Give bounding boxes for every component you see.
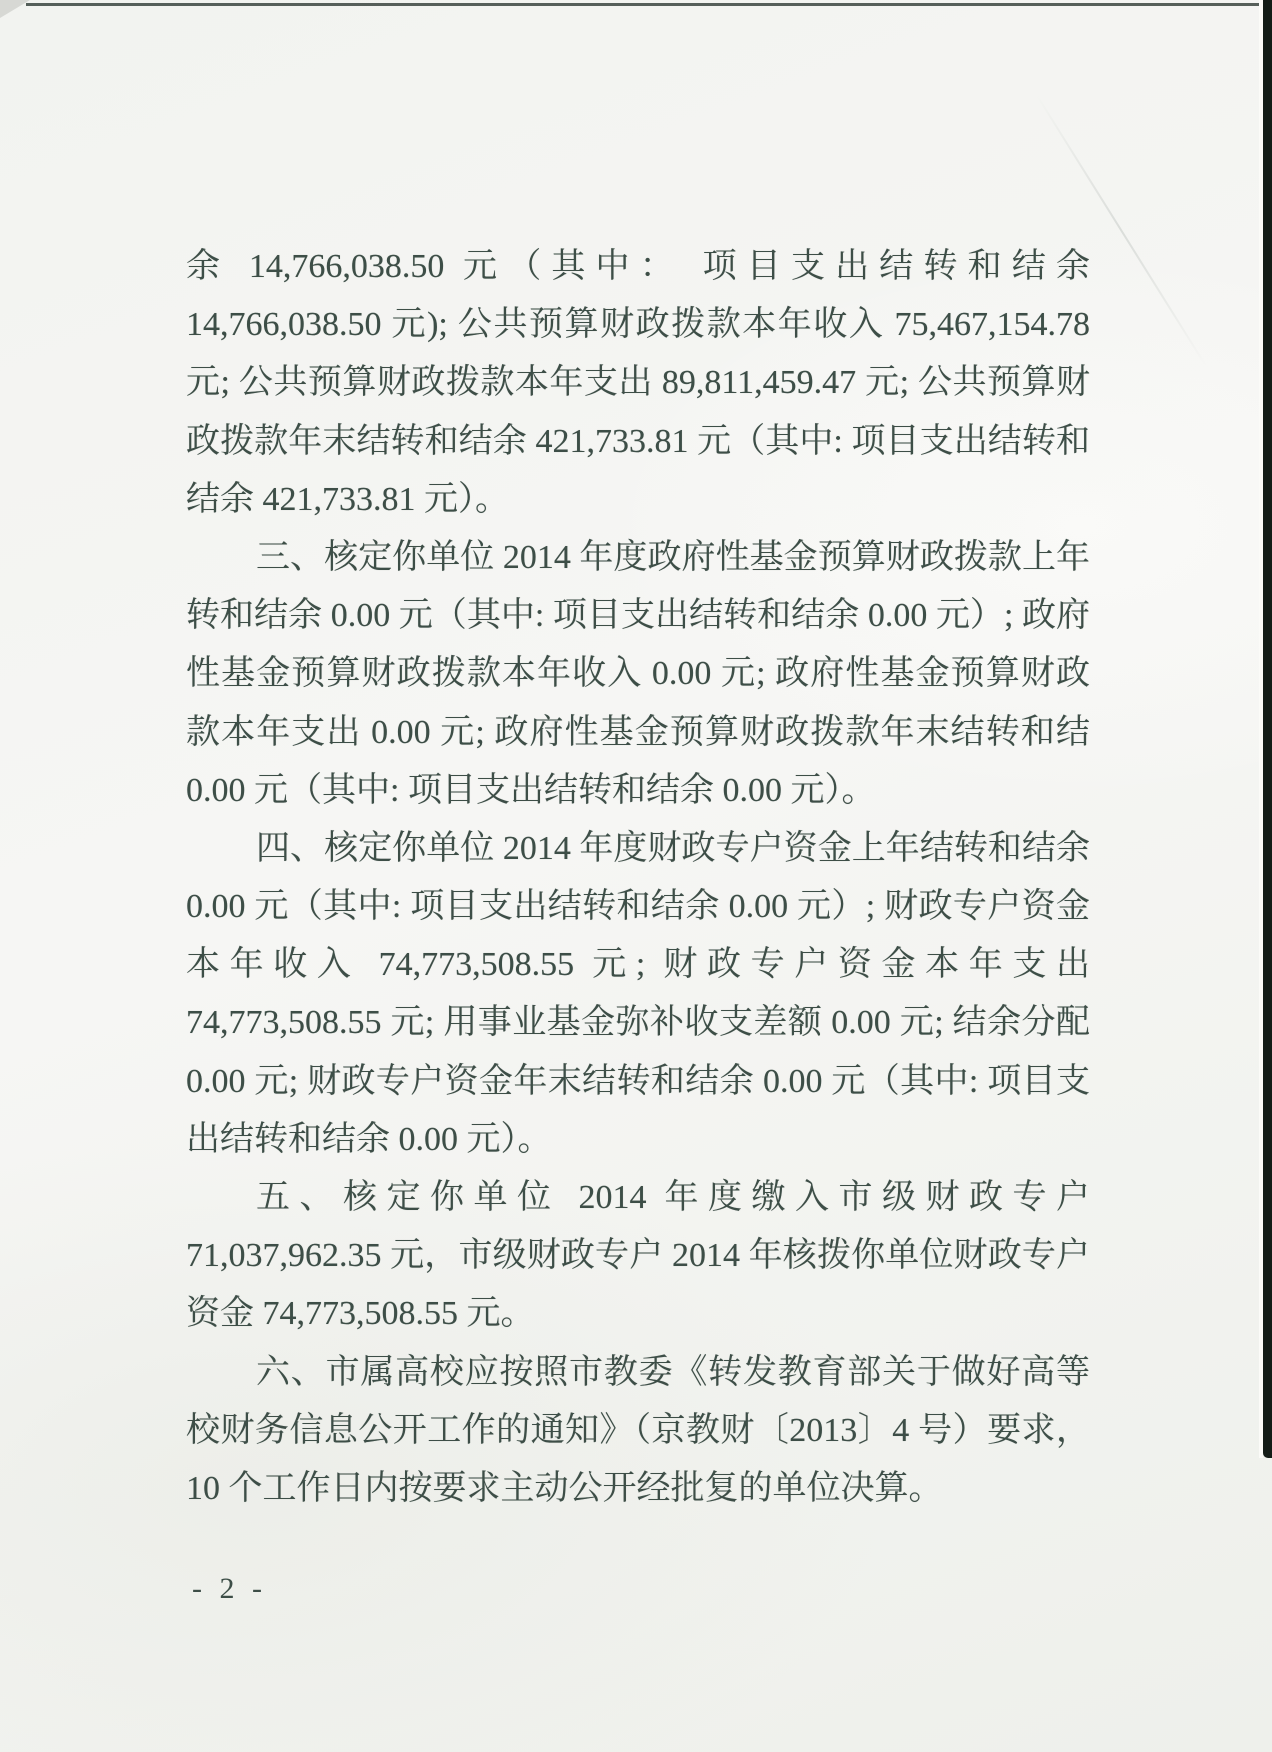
text-line: 0.00 元; 财政专户资金年末结转和结余 0.00 元（其中: 项目支 (186, 1053, 1090, 1111)
text-line: 余 14,766,038.50 元（其中： 项目支出结转和结余 (186, 238, 1090, 296)
scan-top-edge (26, 3, 1272, 6)
text-line: 五、核定你单位 2014 年度缴入市级财政专户 (186, 1169, 1090, 1227)
scanned-document-page: 余 14,766,038.50 元（其中： 项目支出结转和结余14,766,03… (0, 0, 1272, 1752)
text-line: 0.00 元（其中: 项目支出结转和结余 0.00 元）。 (186, 762, 1090, 820)
text-line: 出结转和结余 0.00 元）。 (186, 1111, 1090, 1169)
text-line: 0.00 元（其中: 项目支出结转和结余 0.00 元）; 财政专户资金 (186, 878, 1090, 936)
text-line: 款本年支出 0.00 元; 政府性基金预算财政拨款年末结转和结余 (186, 704, 1090, 762)
text-line: 资金 74,773,508.55 元。 (186, 1285, 1090, 1343)
text-line: 性基金预算财政拨款本年收入 0.00 元; 政府性基金预算财政拨 (186, 645, 1090, 703)
text-line: 三、核定你单位 2014 年度政府性基金预算财政拨款上年结 (186, 529, 1090, 587)
text-line: 74,773,508.55 元; 用事业基金弥补收支差额 0.00 元; 结余分… (186, 994, 1090, 1052)
text-line: 71,037,962.35 元，市级财政专户 2014 年核拨你单位财政专户 (186, 1227, 1090, 1285)
page-number: - 2 - (192, 1572, 267, 1606)
text-line: 政拨款年末结转和结余 421,733.81 元（其中: 项目支出结转和 (186, 413, 1090, 471)
text-line: 元; 公共预算财政拨款本年支出 89,811,459.47 元; 公共预算财 (186, 354, 1090, 412)
document-text: 余 14,766,038.50 元（其中： 项目支出结转和结余14,766,03… (186, 238, 1090, 1518)
text-line: 四、核定你单位 2014 年度财政专户资金上年结转和结余 (186, 820, 1090, 878)
text-line: 10 个工作日内按要求主动公开经批复的单位决算。 (186, 1460, 1090, 1518)
text-line: 转和结余 0.00 元（其中: 项目支出结转和结余 0.00 元）; 政府 (186, 587, 1090, 645)
scan-right-band (1263, 0, 1272, 1458)
text-line: 本年收入 74,773,508.55 元; 财政专户资金本年支出 (186, 936, 1090, 994)
text-line: 六、市属高校应按照市教委《转发教育部关于做好高等学 (186, 1344, 1090, 1402)
text-line: 结余 421,733.81 元）。 (186, 471, 1090, 529)
text-line: 14,766,038.50 元); 公共预算财政拨款本年收入 75,467,15… (186, 296, 1090, 354)
text-line: 校财务信息公开工作的通知》（京教财〔2013〕4 号）要求，在 (186, 1402, 1090, 1460)
